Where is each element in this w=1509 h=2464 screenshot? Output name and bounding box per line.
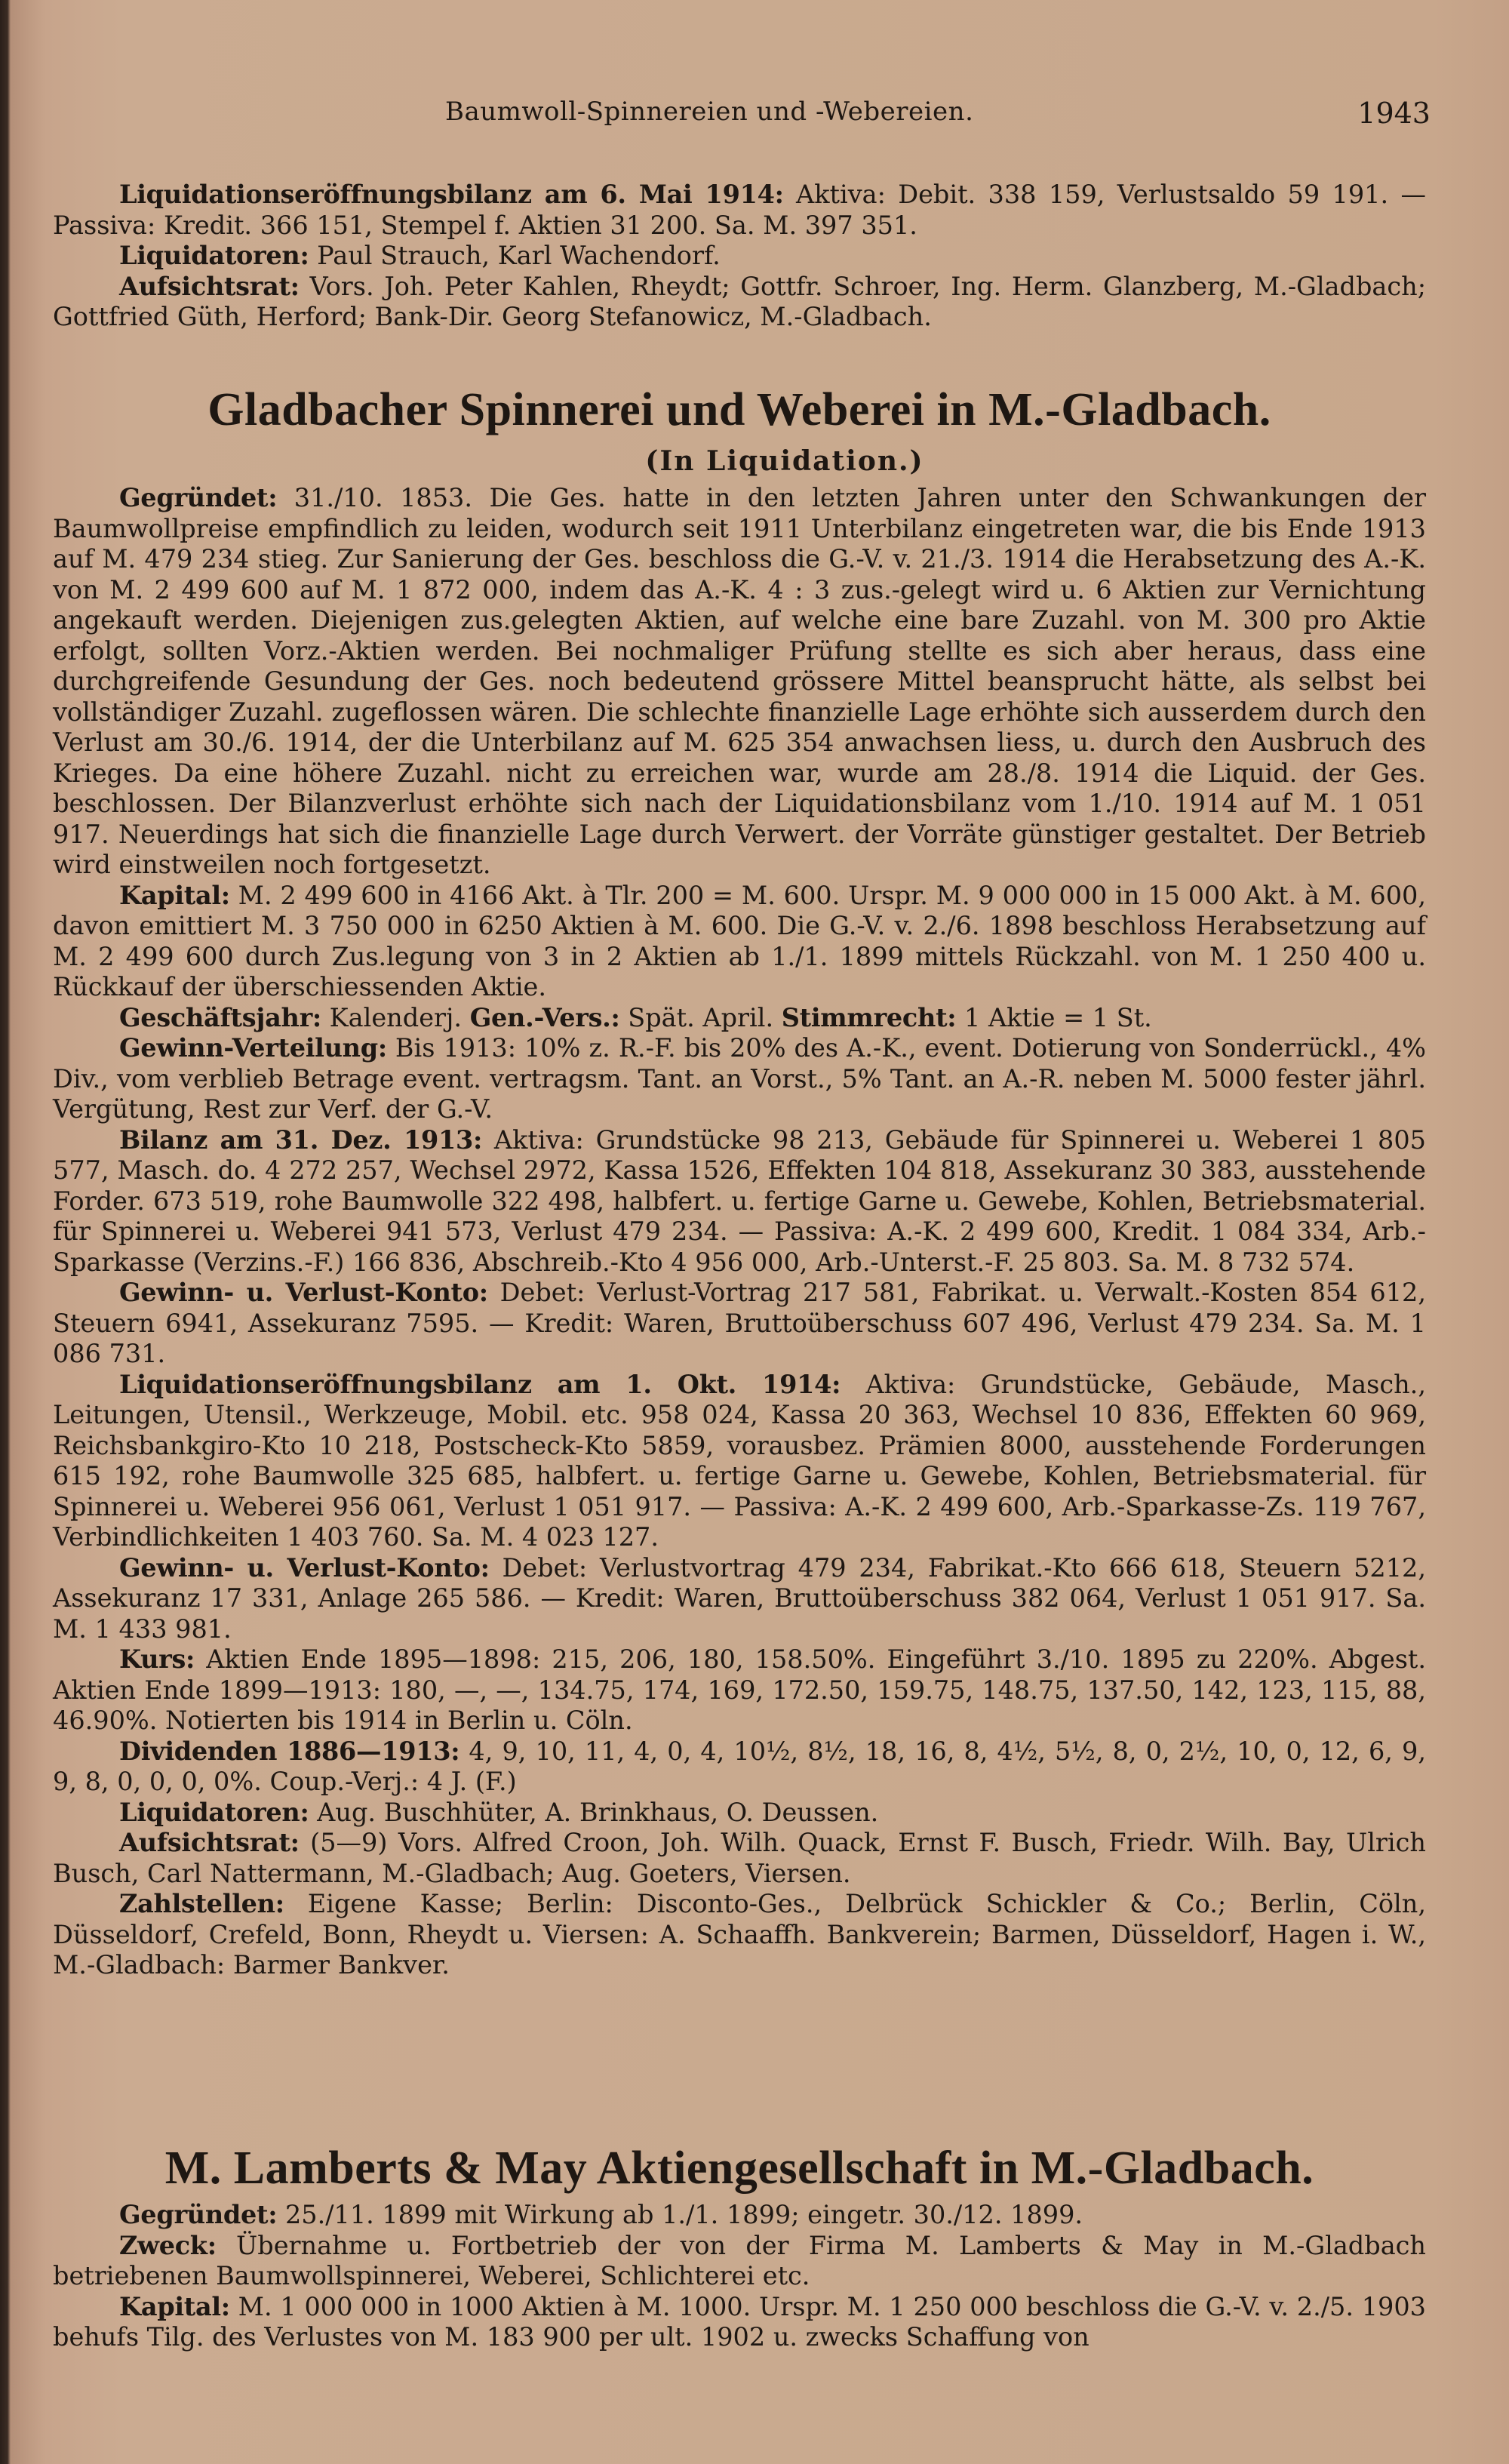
paragraph-founded: Gegründet: 31./10. 1853. Die Ges. hatte … [53, 483, 1426, 881]
paragraph-profit-loss-1914: Gewinn- u. Verlust-Konto: Debet: Verlust… [53, 1553, 1426, 1645]
paragraph-profit-loss-1913: Gewinn- u. Verlust-Konto: Debet: Verlust… [53, 1278, 1426, 1370]
entry-subtitle-in-liquidation: (In Liquidation.) [98, 445, 1471, 477]
paragraph-profit-distribution: Gewinn-Verteilung: Bis 1913: 10% z. R.-F… [53, 1033, 1426, 1125]
paragraph-liquidation-opening-balance: Liquidationseröffnungsbilanz am 6. Mai 1… [53, 180, 1426, 241]
running-title: Baumwoll-Spinnereien und -Webereien. [445, 97, 973, 127]
entry1-body: Gegründet: 31./10. 1853. Die Ges. hatte … [53, 483, 1426, 1981]
page-number: 1943 [1357, 97, 1431, 130]
prev-entry-section: Liquidationseröffnungsbilanz am 6. Mai 1… [53, 180, 1426, 333]
paragraph-fiscal-year: Geschäftsjahr: Kalenderj. Gen.-Vers.: Sp… [53, 1003, 1426, 1034]
paragraph-capital: Kapital: M. 2 499 600 in 4166 Akt. à Tlr… [53, 881, 1426, 1003]
entry-title-gladbacher-spinnerei: Gladbacher Spinnerei und Weberei in M.-G… [53, 383, 1426, 437]
running-header: Baumwoll-Spinnereien und -Webereien. 194… [53, 97, 1426, 134]
paragraph-dividends: Dividenden 1886—1913: 4, 9, 10, 11, 4, 0… [53, 1736, 1426, 1798]
paragraph-supervisory-board: Aufsichtsrat: (5—9) Vors. Alfred Croon, … [53, 1828, 1426, 1889]
paragraph-supervisory-board: Aufsichtsrat: Vors. Joh. Peter Kahlen, R… [53, 272, 1426, 333]
paragraph-paying-agents: Zahlstellen: Eigene Kasse; Berlin: Disco… [53, 1889, 1426, 1981]
paragraph-liquidators: Liquidatoren: Paul Strauch, Karl Wachend… [53, 241, 1426, 272]
paragraph-purpose: Zweck: Übernahme u. Fortbetrieb der von … [53, 2231, 1426, 2292]
paragraph-capital: Kapital: M. 1 000 000 in 1000 Aktien à M… [53, 2292, 1426, 2353]
paragraph-balance-1913: Bilanz am 31. Dez. 1913: Aktiva: Grundst… [53, 1125, 1426, 1278]
paragraph-liquidators: Liquidatoren: Aug. Buschhüter, A. Brinkh… [53, 1798, 1426, 1829]
paragraph-founded: Gegründet: 25./11. 1899 mit Wirkung ab 1… [53, 2200, 1426, 2231]
entry2-body: Gegründet: 25./11. 1899 mit Wirkung ab 1… [53, 2200, 1426, 2353]
entry-title-lamberts-may: M. Lamberts & May Aktiengesellschaft in … [53, 2142, 1426, 2195]
paragraph-liquidation-balance-1914: Liquidationseröffnungsbilanz am 1. Okt. … [53, 1370, 1426, 1553]
paragraph-share-prices: Kurs: Aktien Ende 1895—1898: 215, 206, 1… [53, 1644, 1426, 1736]
